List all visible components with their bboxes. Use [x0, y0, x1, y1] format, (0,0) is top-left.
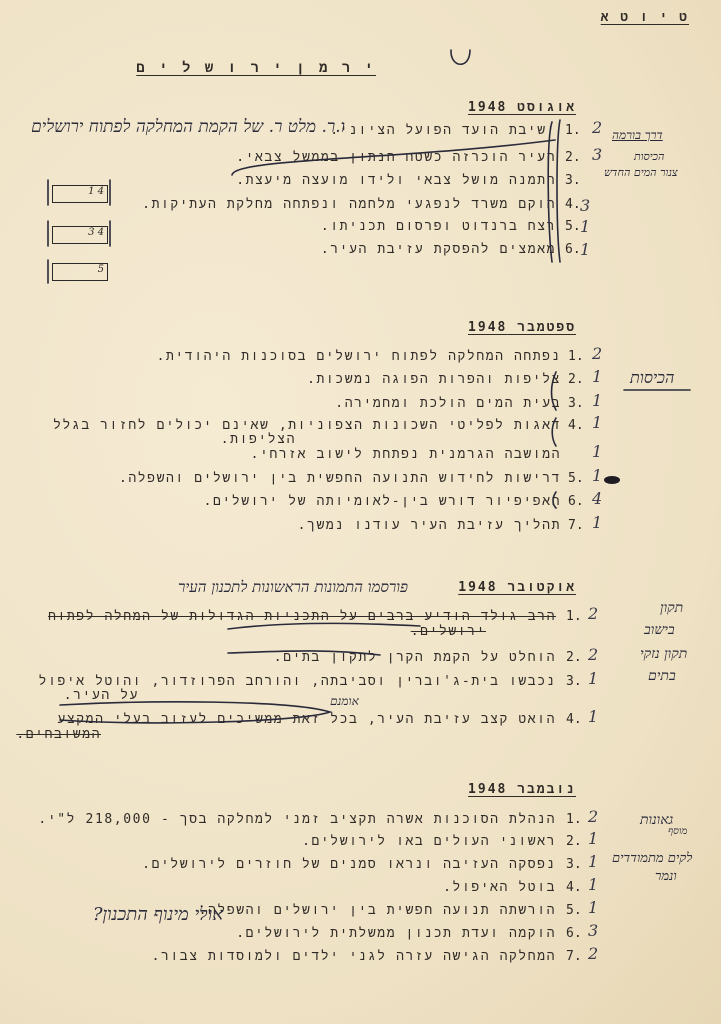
aug-priority-1: 2 — [592, 118, 602, 137]
document-page: ט י ו ט א י ר מ ן י ר ו ש ל י ם אוגוסט 1… — [0, 0, 721, 1024]
aug-tally-box-3: 5 — [52, 263, 108, 281]
sep-item-4-cont: הצליפות. — [221, 432, 296, 447]
nov-item-5: הורשתה תנועה חפשית בין ירושלים והשפלה. — [199, 903, 556, 918]
oct-item-1: הרב גולד הודיע ברבים על התכניות הגדולות … — [48, 609, 556, 624]
oct-num-3: 3. — [566, 674, 582, 689]
nov-priority-4: 1 — [588, 875, 598, 894]
nov-priority-1: 2 — [588, 807, 598, 826]
aug-margin-note-2: הכיסות — [634, 150, 665, 163]
oct-item-3: נכבשו בית-ג'וברין וסביבתה, והורחב הפרוזד… — [39, 674, 556, 689]
sep-priority-7: 1 — [592, 513, 602, 532]
oct-num-1: 1. — [566, 609, 582, 624]
nov-item-2: ראשוני העולים באו לירושלים. — [302, 834, 556, 849]
oct-item-4: הואט קצב עזיבת העיר, בכל זאת ממשיכים לעז… — [57, 712, 556, 727]
sep-margin-note: הכיסות — [630, 368, 674, 388]
aug-num-3: 3. — [565, 173, 581, 188]
oct-priority-3: 1 — [588, 669, 598, 688]
aug-num-4: 4. — [565, 197, 581, 212]
section-header-september: ספטמבר 1948 — [468, 320, 576, 335]
oct-margin-note-3: תקון נזקי — [640, 646, 687, 663]
sep-num-3: 3. — [568, 396, 584, 411]
oct-item-4-cont: המשובחים. — [16, 727, 101, 742]
aug-margin-note-3: צנור המים החדש — [604, 166, 678, 179]
oct-margin-note-2: בישוב — [644, 622, 675, 639]
aug-priority-6: 1 — [580, 240, 590, 259]
oct-handwritten-insert: אומנם — [330, 694, 359, 709]
nov-priority-7: 2 — [588, 944, 598, 963]
sep-priority-1: 2 — [592, 344, 602, 363]
nov-num-3: 3. — [566, 857, 582, 872]
oct-num-4: 4. — [566, 712, 582, 727]
sep-num-6: 6. — [568, 494, 584, 509]
aug-item-6: מאמצים להפסקת עזיבת העיר. — [321, 242, 556, 257]
aug-handwritten-top: ו.ר. מלט ר. של הקמת המחלקה לפתוח ירושלים — [10, 117, 345, 137]
nov-num-4: 4. — [566, 880, 582, 895]
oct-num-2: 2. — [566, 650, 582, 665]
sep-num-5: 5. — [568, 471, 584, 486]
nov-num-2: 2. — [566, 834, 582, 849]
nov-priority-3: 1 — [588, 852, 598, 871]
sep-priority-4: 1 — [592, 413, 602, 432]
aug-tally-box-2: 3 4 — [52, 226, 108, 244]
nov-margin-note-3: לקים מתמודדים — [612, 850, 692, 866]
sep-num-2: 2. — [568, 372, 584, 387]
nov-item-4: בוטל האיפול. — [443, 880, 556, 895]
oct-handwritten-top: פורסמו התמונות הראשונות לתכנון העיר — [118, 578, 408, 597]
oct-priority-4: 1 — [588, 707, 598, 726]
oct-item-2: הוחלט על הקמת הקרן לתקון בתים. — [274, 650, 556, 665]
sep-item-5: דרישות לחידוש התנועה החפשית בין ירושלים … — [119, 471, 561, 486]
nov-priority-5: 1 — [588, 898, 598, 917]
draft-stamp: ט י ו ט א — [601, 10, 689, 25]
sep-item-unnumbered: המושבה הגרמנית נפתחת לישוב אזרחי. — [251, 447, 561, 462]
section-header-october: אוקטובר 1948 — [458, 580, 576, 595]
section-header-august: אוגוסט 1948 — [468, 100, 576, 115]
aug-tally-box-1: 1 4 — [52, 185, 108, 203]
nov-margin-note-4: ונמר — [655, 868, 677, 884]
section-header-november: נובמבר 1948 — [468, 782, 576, 797]
sep-priority-2: 1 — [592, 367, 602, 386]
aug-num-2: 2. — [565, 150, 581, 165]
aug-priority-4: 3 — [580, 196, 590, 215]
sep-item-1: נפתחה המחלקה לפתוח ירושלים בסוכנות היהוד… — [157, 349, 561, 364]
sep-priority-6: 4 — [592, 489, 602, 508]
nov-num-7: 7. — [566, 949, 582, 964]
sep-item-4: דאגות לפליטי השכונות הצפוניות, שאינם יכו… — [53, 418, 561, 433]
nov-margin-note-2: גאונות — [640, 812, 673, 829]
sep-priority-unnumbered: 1 — [592, 442, 602, 461]
aug-item-4: הוקם משרד לנפגעי מלחמה ונפתחה מחלקת העתי… — [142, 197, 556, 212]
nov-priority-6: 3 — [588, 921, 598, 940]
aug-priority-2: 3 — [592, 145, 602, 164]
sep-priority-5: 1 — [592, 466, 602, 485]
nov-priority-2: 1 — [588, 829, 598, 848]
document-title: י ר מ ן י ר ו ש ל י ם — [136, 60, 376, 77]
oct-margin-note-4: בתים — [648, 668, 676, 685]
nov-item-1: הנהלת הסוכנות אשרה תקציב זמני למחלקה בסך… — [38, 812, 556, 827]
aug-priority-5: 1 — [580, 217, 590, 236]
oct-margin-note-1: תקון — [660, 600, 683, 617]
sep-item-7: תהליך עזיבת העיר עודנו נמשך. — [298, 518, 561, 533]
sep-item-6: האפיפיור דורש בין-לאומיותה של ירושלים. — [204, 494, 561, 509]
nov-handwritten-note: אולי מינוף התכנון? — [8, 904, 223, 925]
nov-item-6: הוקמה ועדת תכנון ממשלתית לירושלים. — [236, 926, 556, 941]
oct-priority-1: 2 — [588, 604, 598, 623]
aug-margin-note-1: דרך בורמה — [612, 128, 663, 143]
aug-num-1: 1. — [565, 123, 581, 138]
sep-num-4: 4. — [568, 418, 584, 433]
aug-num-6: 6. — [565, 242, 581, 257]
sep-num-1: 1. — [568, 349, 584, 364]
sep-item-2: צליפות והפרות הפוגה נמשכות. — [307, 372, 561, 387]
sep-priority-3: 1 — [592, 391, 602, 410]
nov-num-5: 5. — [566, 903, 582, 918]
oct-item-1-cont: ירושלים. — [411, 624, 486, 639]
sep-item-3: בעית המים הולכת ומחמירה. — [335, 396, 561, 411]
aug-num-5: 5. — [565, 219, 581, 234]
oct-item-3-cont: על העיר. — [64, 688, 139, 703]
sep-num-7: 7. — [568, 518, 584, 533]
aug-item-1: ישיבת הועד הפועל הציוני. — [330, 123, 556, 138]
aug-item-3: התמנה מושל צבאי ולידו מועצה מיעצת. — [236, 173, 556, 188]
nov-item-7: המחלקה הגישה עזרה לגני ילדים ולמוסדות צב… — [152, 949, 556, 964]
nov-item-3: נפסקה העזיבה ונראו סמנים של חוזרים לירוש… — [142, 857, 556, 872]
aug-item-5: רצח ברנדוט ופרסום תכניתו. — [321, 219, 556, 234]
oct-priority-2: 2 — [588, 645, 598, 664]
nov-num-6: 6. — [566, 926, 582, 941]
nov-num-1: 1. — [566, 812, 582, 827]
aug-item-2: העיר הוכרזה כשטח הנתון בממשל צבאי. — [236, 150, 556, 165]
